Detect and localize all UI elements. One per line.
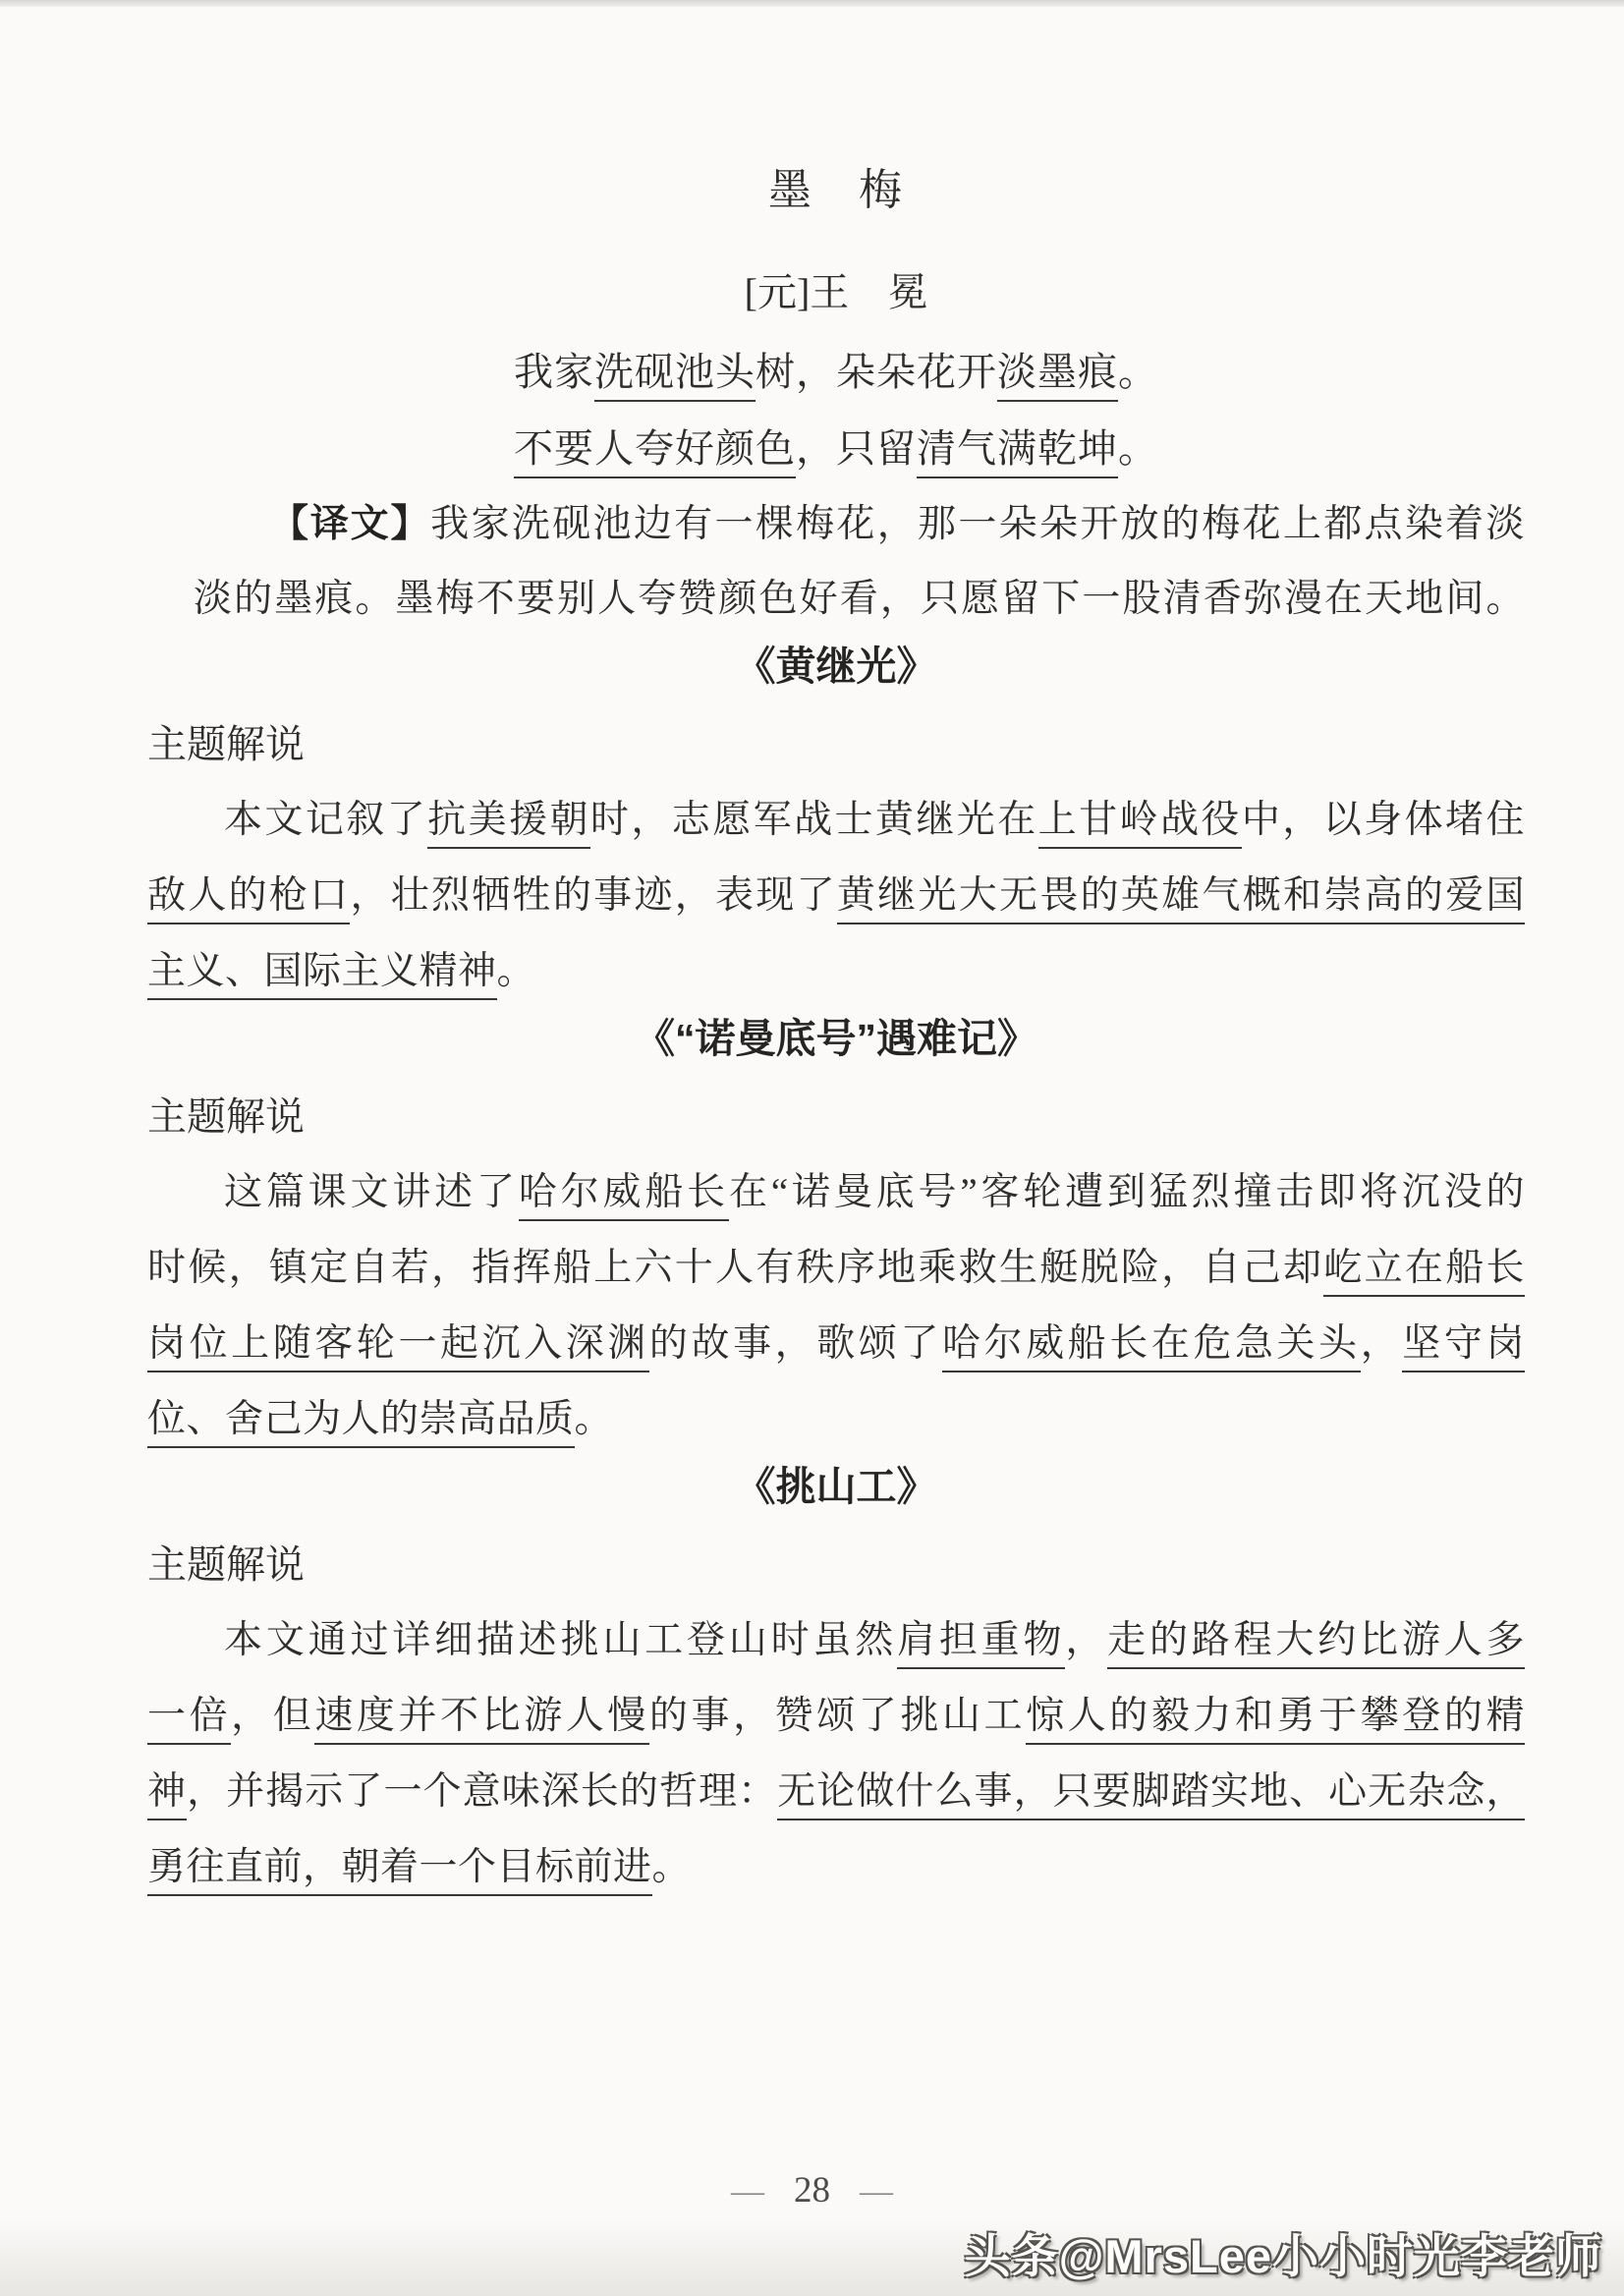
document-body: 墨 梅 [元]王 冕 我家洗砚池头树，朵朵花开淡墨痕。不要人夸好颜色，只留清气满… (147, 0, 1525, 1905)
paragraph-line: 本文记叙了抗美援朝时，志愿军战士黄继光在上甘岭战役中，以身体堵住 (147, 782, 1525, 858)
translation-label: 【译文】 (270, 503, 430, 545)
underlined-text: 速度并不比游人慢 (314, 1695, 649, 1745)
paragraph-line: 勇往直前，朝着一个目标前进。 (147, 1829, 1525, 1905)
translation-line: 淡的墨痕。墨梅不要别人夸赞颜色好看，只愿留下一股清香弥漫在天地间。 (194, 562, 1525, 637)
paragraph-line: 一倍，但速度并不比游人慢的事，赞颂了挑山工惊人的毅力和勇于攀登的精 (147, 1678, 1525, 1754)
paragraph-line: 本文通过详细描述挑山工登山时虽然肩担重物，走的路程大约比游人多 (147, 1602, 1525, 1678)
paragraph-line: 神，并揭示了一个意味深长的哲理：无论做什么事，只要脚踏实地、心无杂念， (147, 1754, 1525, 1829)
underlined-text: 主义、国际主义精神 (147, 950, 497, 1000)
translation-paragraph: 【译文】我家洗砚池边有一棵梅花，那一朵朵开放的梅花上都点染着淡淡的墨痕。墨梅不要… (194, 487, 1525, 637)
underlined-text: 清气满乾坤 (917, 426, 1118, 478)
section-subheading: 主题解说 (147, 1540, 1525, 1591)
section-heading: 《挑山工》 (147, 1461, 1525, 1512)
underlined-text: 淡墨痕 (997, 350, 1118, 402)
text-run: 淡的墨痕。墨梅不要别人夸赞颜色好看，只愿留下一股清香弥漫在天地间。 (194, 578, 1525, 620)
translation-line: 【译文】我家洗砚池边有一棵梅花，那一朵朵开放的梅花上都点染着淡 (194, 487, 1525, 562)
text-run: 时候，镇定自若，指挥船上六十人有秩序地乘救生艇脱险，自己却 (147, 1247, 1323, 1289)
underlined-text: 哈尔威船长在危急关头 (942, 1322, 1361, 1372)
poem-title: 墨 梅 (147, 165, 1525, 216)
underlined-text: 勇往直前，朝着一个目标前进 (147, 1846, 652, 1896)
section-heading: 《“诺曼底号”遇难记》 (147, 1013, 1525, 1064)
text-run: ，但 (231, 1695, 314, 1737)
text-run: 这篇课文讲述了 (224, 1171, 519, 1213)
poem-body: 我家洗砚池头树，朵朵花开淡墨痕。不要人夸好颜色，只留清气满乾坤。 (147, 334, 1525, 487)
poem-line: 我家洗砚池头树，朵朵花开淡墨痕。 (147, 334, 1525, 411)
text-run: 本文通过详细描述挑山工登山时虽然 (224, 1619, 897, 1661)
section-paragraph: 本文记叙了抗美援朝时，志愿军战士黄继光在上甘岭战役中，以身体堵住敌人的枪口，壮烈… (147, 782, 1525, 1009)
underlined-text: 屹立在船长 (1323, 1247, 1525, 1297)
underlined-text: 一倍 (147, 1695, 231, 1745)
section-heading: 《黄继光》 (147, 641, 1525, 692)
text-run: 。 (1118, 426, 1158, 471)
text-run: 时，志愿军战士黄继光在 (590, 799, 1038, 841)
underlined-text: 神 (147, 1770, 187, 1820)
paragraph-line: 这篇课文讲述了哈尔威船长在“诺曼底号”客轮遭到猛烈撞击即将沉没的 (147, 1154, 1525, 1230)
watermark: 头条@MrsLee小小时光李老师 (965, 2220, 1602, 2286)
lesson-section: 《挑山工》主题解说本文通过详细描述挑山工登山时虽然肩担重物，走的路程大约比游人多… (147, 1461, 1525, 1905)
scanned-page: { "colors": { "paper": "#fbfaf8", "text"… (0, 0, 1624, 2296)
underlined-text: 坚守岗 (1402, 1322, 1525, 1372)
footer-dash-right: — (860, 2173, 893, 2211)
paragraph-line: 时候，镇定自若，指挥船上六十人有秩序地乘救生艇脱险，自己却屹立在船长 (147, 1230, 1525, 1306)
text-run: ， (1361, 1322, 1403, 1365)
text-run: 树，朵朵花开 (756, 350, 997, 394)
paragraph-line: 敌人的枪口，壮烈牺牲的事迹，表现了黄继光大无畏的英雄气概和崇高的爱国 (147, 858, 1525, 933)
page-number: 28 (794, 2169, 830, 2212)
page-footer: — 28 — (0, 2169, 1624, 2212)
underlined-text: 敌人的枪口 (147, 874, 350, 924)
text-run: 。 (1118, 350, 1158, 394)
underlined-text: 哈尔威船长 (519, 1171, 729, 1221)
poem-line: 不要人夸好颜色，只留清气满乾坤。 (147, 411, 1525, 487)
underlined-text: 肩担重物 (897, 1619, 1065, 1669)
paragraph-line: 位、舍己为人的崇高品质。 (147, 1381, 1525, 1457)
underlined-text: 不要人夸好颜色 (514, 426, 796, 478)
underlined-text: 走的路程大约比游人多 (1107, 1619, 1525, 1669)
text-run: 。 (575, 1398, 614, 1440)
lesson-section: 《“诺曼底号”遇难记》主题解说这篇课文讲述了哈尔威船长在“诺曼底号”客轮遭到猛烈… (147, 1013, 1525, 1457)
text-run: 的事，赞颂了挑山工 (649, 1695, 1026, 1737)
underlined-text: 上甘岭战役 (1038, 799, 1242, 849)
lesson-sections: 《黄继光》主题解说本文记叙了抗美援朝时，志愿军战士黄继光在上甘岭战役中，以身体堵… (147, 641, 1525, 1905)
underlined-text: 洗砚池头 (594, 350, 756, 402)
underlined-text: 岗位上随客轮一起沉入深渊 (147, 1322, 649, 1372)
text-run: ，并揭示了一个意味深长的哲理： (187, 1770, 777, 1813)
text-run: ，只留 (796, 426, 917, 471)
text-run: 的故事，歌颂了 (649, 1322, 942, 1365)
text-run: ， (1065, 1619, 1107, 1661)
poem-author: [元]王 冕 (147, 267, 1525, 318)
text-run: 中，以身体堵住 (1242, 799, 1525, 841)
footer-dash-left: — (731, 2173, 764, 2211)
section-paragraph: 这篇课文讲述了哈尔威船长在“诺曼底号”客轮遭到猛烈撞击即将沉没的时候，镇定自若，… (147, 1154, 1525, 1457)
section-subheading: 主题解说 (147, 719, 1525, 770)
text-run: 。 (652, 1846, 692, 1888)
paragraph-line: 主义、国际主义精神。 (147, 933, 1525, 1009)
text-run: 。 (497, 950, 536, 992)
underlined-text: 黄继光大无畏的英雄气概和崇高的爱国 (837, 874, 1525, 924)
text-run: 在“诺曼底号”客轮遭到猛烈撞击即将沉没的 (729, 1171, 1525, 1213)
text-run: 本文记叙了 (224, 799, 427, 841)
section-paragraph: 本文通过详细描述挑山工登山时虽然肩担重物，走的路程大约比游人多一倍，但速度并不比… (147, 1602, 1525, 1905)
underlined-text: 惊人的毅力和勇于攀登的精 (1026, 1695, 1525, 1745)
text-run: 我家洗砚池边有一棵梅花，那一朵朵开放的梅花上都点染着淡 (430, 503, 1525, 545)
paragraph-line: 岗位上随客轮一起沉入深渊的故事，歌颂了哈尔威船长在危急关头，坚守岗 (147, 1306, 1525, 1381)
underlined-text: 无论做什么事，只要脚踏实地、心无杂念， (777, 1770, 1525, 1820)
underlined-text: 抗美援朝 (427, 799, 590, 849)
underlined-text: 位、舍己为人的崇高品质 (147, 1398, 575, 1448)
text-run: 我家 (514, 350, 594, 394)
text-run: ，壮烈牺牲的事迹，表现了 (350, 874, 836, 917)
lesson-section: 《黄继光》主题解说本文记叙了抗美援朝时，志愿军战士黄继光在上甘岭战役中，以身体堵… (147, 641, 1525, 1009)
section-subheading: 主题解说 (147, 1092, 1525, 1143)
